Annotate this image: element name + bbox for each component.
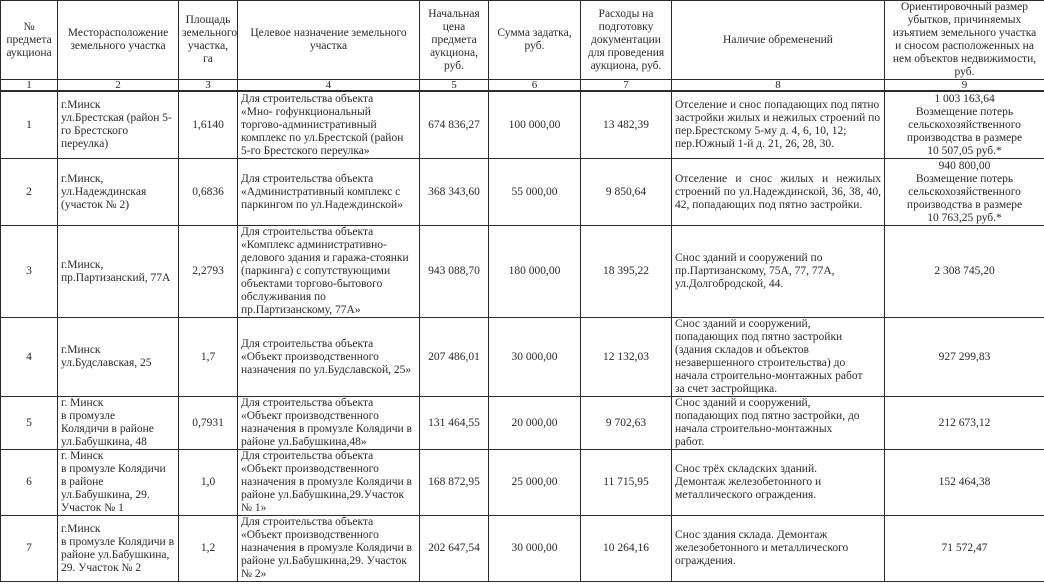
lot-location: г.Минск ул.Брестская (район 5- го Брестс… bbox=[58, 91, 179, 159]
header-lot-number: № предмета аукциона bbox=[1, 1, 58, 80]
lot-area: 0,7931 bbox=[179, 397, 238, 450]
lot-number: 5 bbox=[1, 397, 58, 450]
lot-start-price: 131 464,55 bbox=[420, 397, 489, 450]
column-number: 7 bbox=[581, 80, 672, 92]
lot-area: 0,6836 bbox=[179, 159, 238, 226]
lot-purpose: Для строительства объекта «Объект произв… bbox=[238, 397, 420, 450]
lot-purpose: Для строительства объекта «Объект произв… bbox=[238, 516, 420, 582]
column-number: 4 bbox=[238, 80, 420, 92]
lot-losses: 2 308 745,20 bbox=[885, 226, 1044, 318]
lot-start-price: 207 486,01 bbox=[420, 318, 489, 397]
column-number: 6 bbox=[489, 80, 581, 92]
lot-purpose: Для строительства объекта «Мно- гофункци… bbox=[238, 91, 420, 159]
lot-start-price: 368 343,60 bbox=[420, 159, 489, 226]
lot-purpose: Для строительства объекта «Объект произв… bbox=[238, 318, 420, 397]
header-deposit: Сумма задатка, руб. bbox=[489, 1, 581, 80]
lot-area: 2,2793 bbox=[179, 226, 238, 318]
column-number: 8 bbox=[672, 80, 885, 92]
lot-start-price: 674 836,27 bbox=[420, 91, 489, 159]
lot-doc-costs: 10 264,16 bbox=[581, 516, 672, 582]
lot-number: 1 bbox=[1, 91, 58, 159]
column-number: 1 bbox=[1, 80, 58, 92]
header-start-price: Начальная цена предмета аукциона, руб. bbox=[420, 1, 489, 80]
lot-encumbrances: Снос зданий и сооружений, попадающих под… bbox=[672, 318, 885, 397]
lot-encumbrances: Снос здания склада. Демонтаж железобетон… bbox=[672, 516, 885, 582]
lot-area: 1,7 bbox=[179, 318, 238, 397]
lot-number: 4 bbox=[1, 318, 58, 397]
lot-start-price: 943 088,70 bbox=[420, 226, 489, 318]
lot-doc-costs: 13 482,39 bbox=[581, 91, 672, 159]
lot-start-price: 168 872,95 bbox=[420, 450, 489, 516]
lot-losses: 927 299,83 bbox=[885, 318, 1044, 397]
header-purpose: Целевое назначение земельного участка bbox=[238, 1, 420, 80]
column-number: 2 bbox=[58, 80, 179, 92]
table-row: 1 г.Минск ул.Брестская (район 5- го Брес… bbox=[1, 91, 1044, 159]
lot-encumbrances: Снос трёх складских зданий. Демонтаж жел… bbox=[672, 450, 885, 516]
lot-deposit: 180 000,00 bbox=[489, 226, 581, 318]
lot-deposit: 100 000,00 bbox=[489, 91, 581, 159]
table-row: 3 г.Минск, пр.Партизанский, 77А 2,2793 Д… bbox=[1, 226, 1044, 318]
lot-area: 1,6140 bbox=[179, 91, 238, 159]
lot-losses: 71 572,47 bbox=[885, 516, 1044, 582]
lot-number: 7 bbox=[1, 516, 58, 582]
column-number: 9 bbox=[885, 80, 1044, 92]
lot-doc-costs: 18 395,22 bbox=[581, 226, 672, 318]
lot-deposit: 30 000,00 bbox=[489, 318, 581, 397]
lot-doc-costs: 9 702,63 bbox=[581, 397, 672, 450]
lot-doc-costs: 9 850,64 bbox=[581, 159, 672, 226]
lot-losses: 940 800,00 Возмещение потерь сельскохозя… bbox=[885, 159, 1044, 226]
lot-purpose: Для строительства объекта «Административ… bbox=[238, 159, 420, 226]
lot-start-price: 202 647,54 bbox=[420, 516, 489, 582]
lot-location: г.Минск в промузле Колядичи в районе ул.… bbox=[58, 516, 179, 582]
lot-area: 1,2 bbox=[179, 516, 238, 582]
lot-location: г. Минск в промузле Колядичи в районе ул… bbox=[58, 397, 179, 450]
header-encumbrances: Наличие обременений bbox=[672, 1, 885, 80]
lot-area: 1,0 bbox=[179, 450, 238, 516]
header-location: Месторасположение земельного участка bbox=[58, 1, 179, 80]
header-row: № предмета аукциона Месторасположение зе… bbox=[1, 1, 1044, 80]
table-row: 6 г. Минск в промузле Колядичи в районе … bbox=[1, 450, 1044, 516]
lot-encumbrances: Снос зданий и сооружений, попадающих под… bbox=[672, 397, 885, 450]
lot-deposit: 30 000,00 bbox=[489, 516, 581, 582]
lot-losses: 152 464,38 bbox=[885, 450, 1044, 516]
lot-doc-costs: 12 132,03 bbox=[581, 318, 672, 397]
lot-deposit: 20 000,00 bbox=[489, 397, 581, 450]
table-row: 5 г. Минск в промузле Колядичи в районе … bbox=[1, 397, 1044, 450]
lot-location: г.Минск, ул.Надеждинская (участок № 2) bbox=[58, 159, 179, 226]
lot-encumbrances: Отселение и снос жилых и нежилых строени… bbox=[672, 159, 885, 226]
lot-losses: 212 673,12 bbox=[885, 397, 1044, 450]
auction-lots-table: № предмета аукциона Месторасположение зе… bbox=[0, 0, 1044, 582]
lot-encumbrances: Отселение и снос попадающих под пятно за… bbox=[672, 91, 885, 159]
lot-deposit: 55 000,00 bbox=[489, 159, 581, 226]
header-losses: Ориентировочный размер убытков, причиняе… bbox=[885, 1, 1044, 80]
column-number: 5 bbox=[420, 80, 489, 92]
lot-purpose: Для строительства объекта «Объект произв… bbox=[238, 450, 420, 516]
header-doc-costs: Расходы на подготовку документации для п… bbox=[581, 1, 672, 80]
lot-doc-costs: 11 715,95 bbox=[581, 450, 672, 516]
lot-number: 6 bbox=[1, 450, 58, 516]
lot-location: г.Минск, пр.Партизанский, 77А bbox=[58, 226, 179, 318]
lot-location: г. Минск в промузле Колядичи в районе ул… bbox=[58, 450, 179, 516]
column-number-row: 1 2 3 4 5 6 7 8 9 bbox=[1, 80, 1044, 92]
lot-deposit: 25 000,00 bbox=[489, 450, 581, 516]
column-number: 3 bbox=[179, 80, 238, 92]
lot-losses: 1 003 163,64 Возмещение потерь сельскохо… bbox=[885, 91, 1044, 159]
table-row: 7 г.Минск в промузле Колядичи в районе у… bbox=[1, 516, 1044, 582]
table-row: 4 г.Минск ул.Будславская, 25 1,7 Для стр… bbox=[1, 318, 1044, 397]
lot-location: г.Минск ул.Будславская, 25 bbox=[58, 318, 179, 397]
lot-number: 3 bbox=[1, 226, 58, 318]
table-row: 2 г.Минск, ул.Надеждинская (участок № 2)… bbox=[1, 159, 1044, 226]
header-area: Площадь земельного участка, га bbox=[179, 1, 238, 80]
lot-encumbrances: Снос зданий и сооружений по пр.Партизанс… bbox=[672, 226, 885, 318]
lot-purpose: Для строительства объекта «Комплекс адми… bbox=[238, 226, 420, 318]
lot-number: 2 bbox=[1, 159, 58, 226]
